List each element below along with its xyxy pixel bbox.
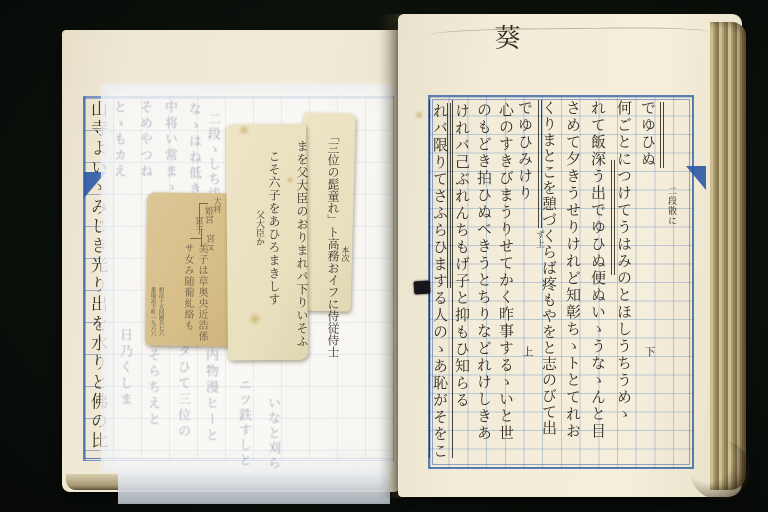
boxing-rule: [452, 100, 455, 458]
genealogy-bracket-line: [199, 203, 200, 229]
genealogy-bracket-line: [190, 238, 202, 239]
white-paper-slip: [226, 124, 308, 361]
foxing-stain: [286, 176, 294, 184]
photo-stage: 山寺よいゝみじき光り出を水りと佛の比 とゝもカえ そめやつね 中将い常まゝ なゝ…: [0, 0, 768, 512]
foxing-stain: [238, 124, 250, 136]
genealogy-bracket-line: [199, 203, 208, 204]
ink-blot: [414, 280, 431, 294]
foxing-stain: [248, 312, 262, 326]
fore-edge-page-stack: [710, 22, 746, 490]
emphasis-rule: [447, 103, 451, 288]
foxing-stain: [414, 110, 424, 120]
bottom-corner-shadow: [690, 440, 750, 500]
interleaf-sheet-overhang: [118, 472, 390, 504]
right-page-ruled-grid: [428, 95, 694, 469]
emphasis-rule: [611, 160, 615, 275]
emphasis-rule: [538, 100, 542, 228]
emphasis-rule: [660, 102, 664, 168]
boxing-rule: [429, 100, 432, 458]
right-page-blue-tab-marker: [686, 166, 706, 190]
